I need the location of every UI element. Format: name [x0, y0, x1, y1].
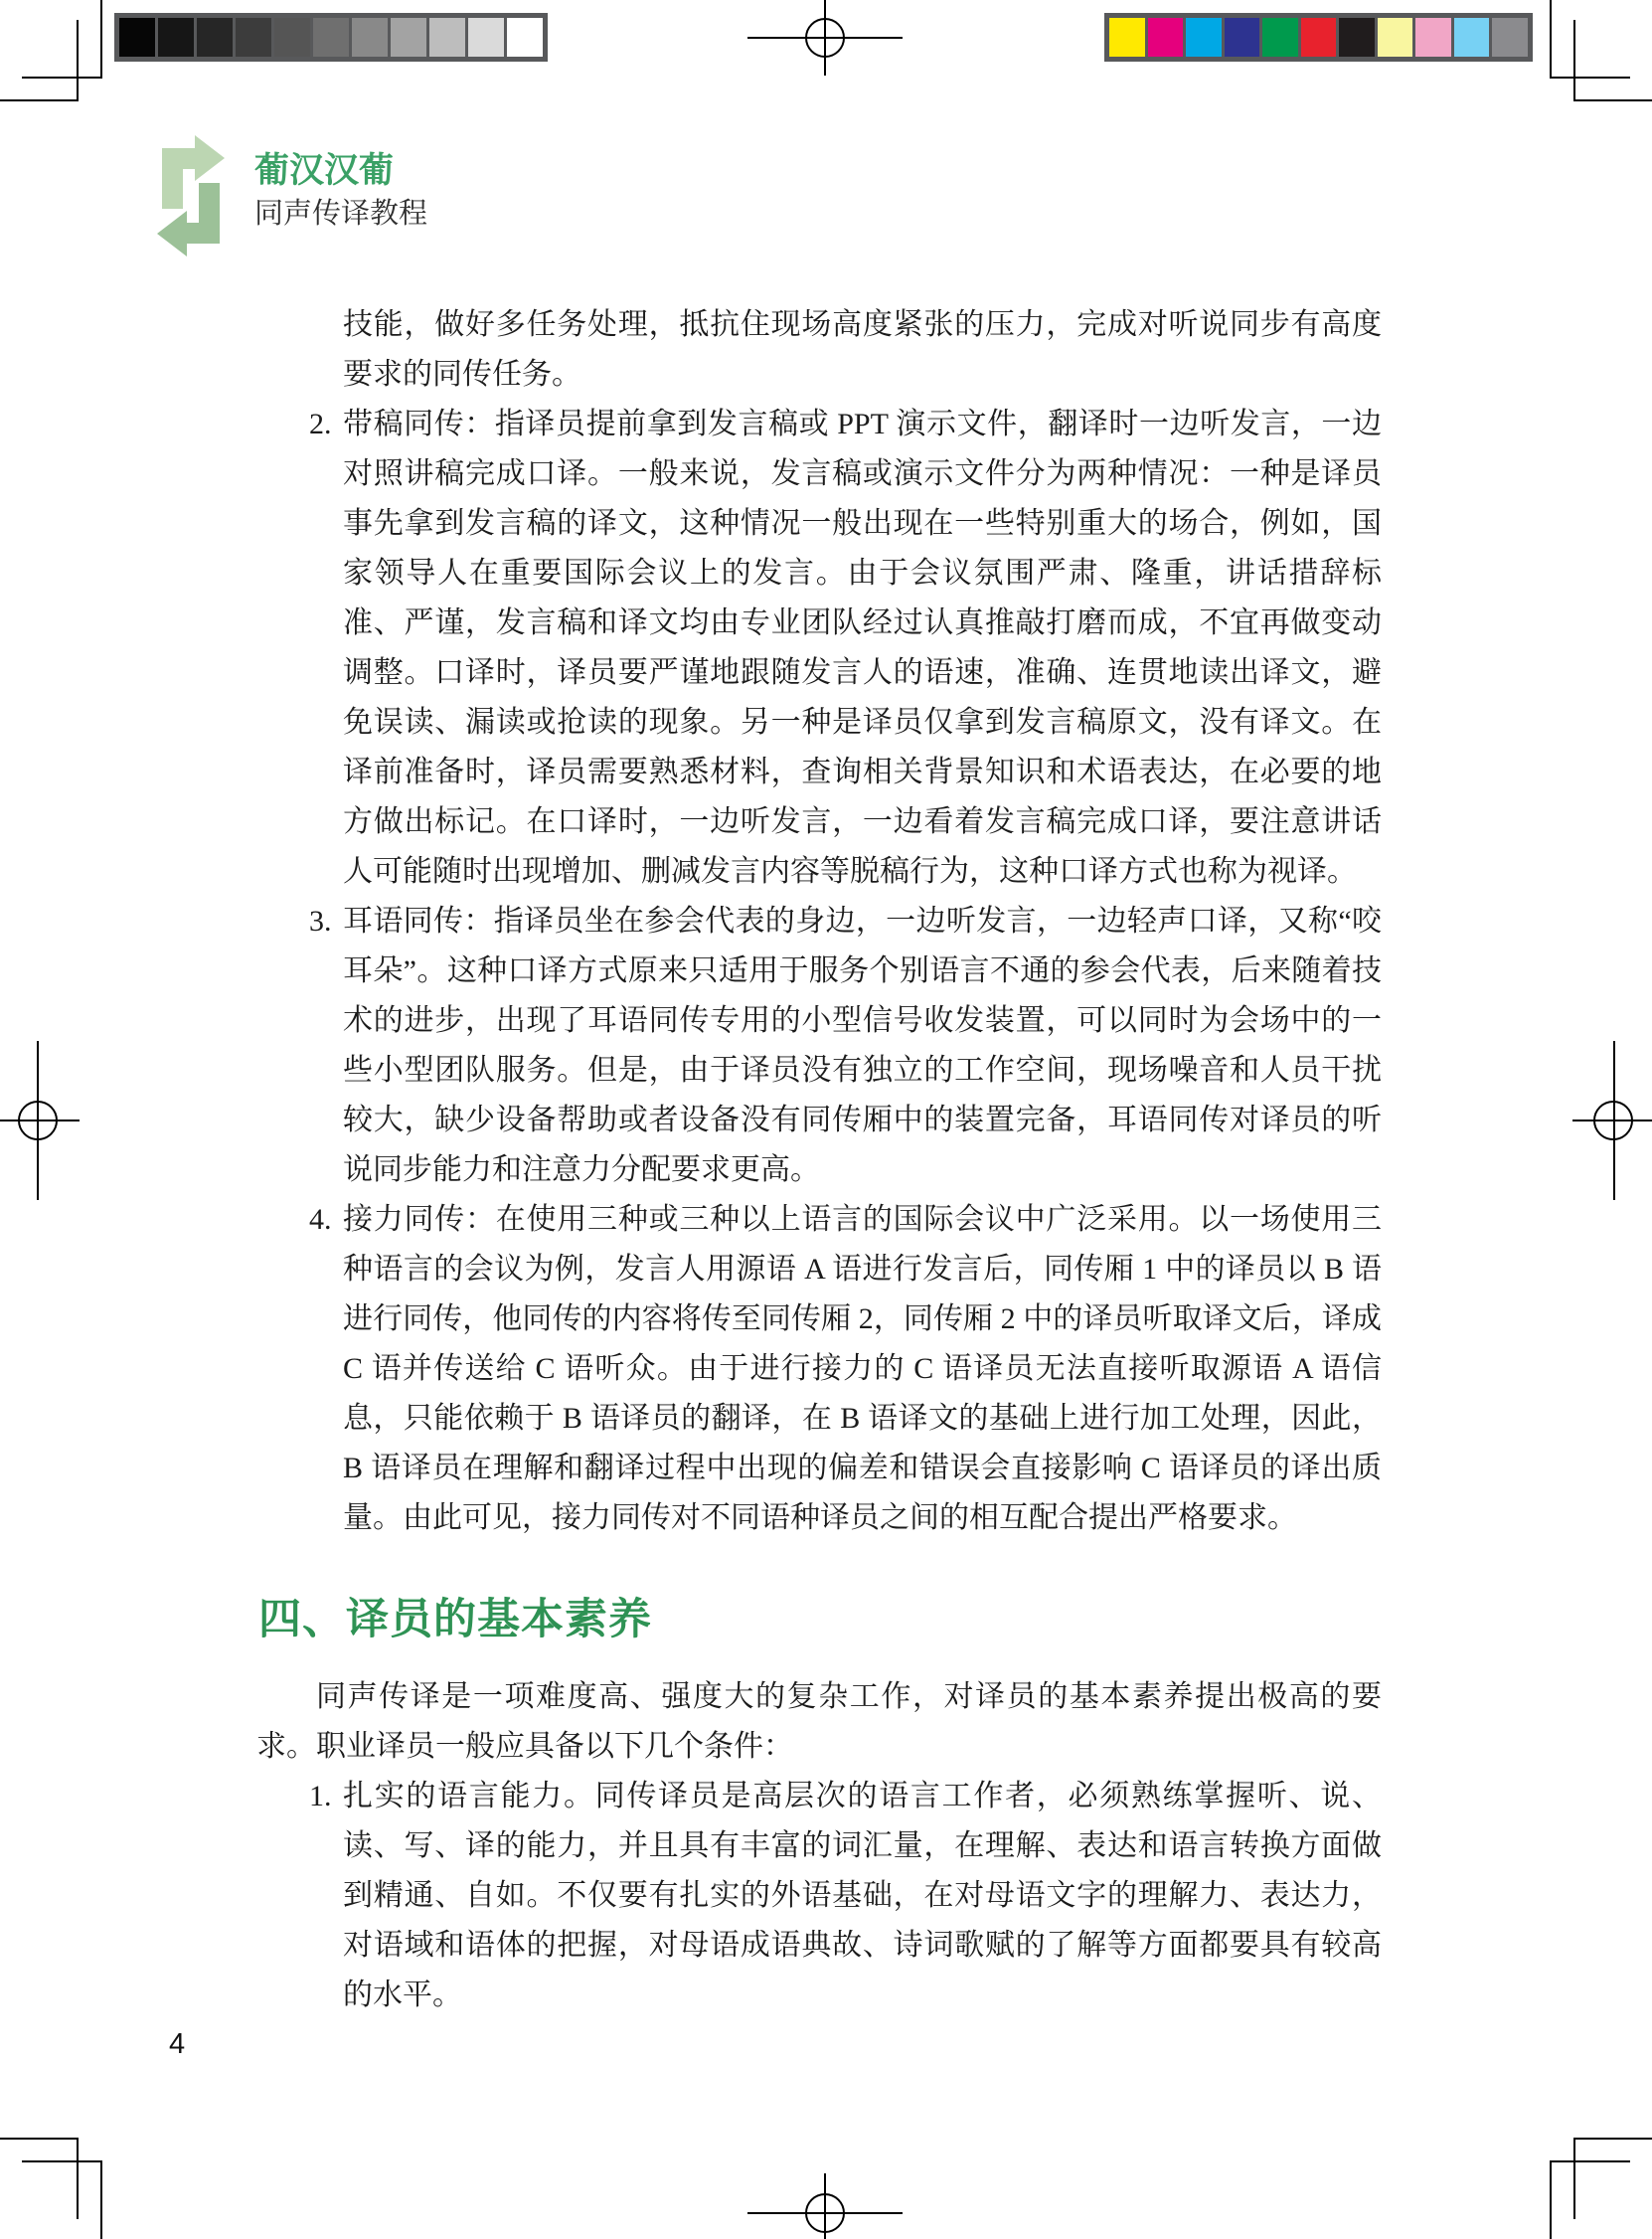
calibration-swatch	[1339, 18, 1375, 57]
list-item-text: 耳语同传：指译员坐在参会代表的身边，一边听发言，一边轻声口译，又称“咬耳朵”。这…	[343, 897, 1382, 1195]
page-number: 4	[169, 2028, 185, 2061]
list-item-3: 3. 耳语同传：指译员坐在参会代表的身边，一边听发言，一边轻声口译，又称“咬耳朵…	[256, 897, 1382, 1195]
calibration-swatch	[429, 18, 465, 57]
page-body: 技能，做好多任务处理，抵抗住现场高度紧张的压力，完成对听说同步有高度要求的同传任…	[256, 300, 1382, 2020]
calibration-swatch	[507, 18, 543, 57]
calibration-swatch	[1148, 18, 1184, 57]
list-item-text: 扎实的语言能力。同传译员是高层次的语言工作者，必须熟练掌握听、说、读、写、译的能…	[343, 1772, 1382, 2020]
calibration-swatch	[1492, 18, 1528, 57]
calibration-swatch	[1186, 18, 1222, 57]
calibration-swatch	[158, 18, 194, 57]
calibration-swatch	[1109, 18, 1145, 57]
swap-arrows-logo-icon	[145, 135, 237, 261]
list-item-number: 2.	[309, 400, 332, 449]
series-logo: 葡汉汉葡 同声传译教程	[145, 135, 427, 261]
list-item-number: 3.	[309, 897, 332, 947]
calibration-swatch	[468, 18, 504, 57]
calibration-swatch	[1301, 18, 1337, 57]
calibration-swatch	[197, 18, 233, 57]
logo-subtitle: 同声传译教程	[254, 198, 427, 231]
list-item-2: 2. 带稿同传：指译员提前拿到发言稿或 PPT 演示文件，翻译时一边听发言，一边…	[256, 400, 1382, 897]
logo-title: 葡汉汉葡	[254, 151, 427, 191]
calibration-swatch	[119, 18, 155, 57]
calibration-swatch	[391, 18, 426, 57]
list-item-4: 4. 接力同传：在使用三种或三种以上语言的国际会议中广泛采用。以一场使用三种语言…	[256, 1195, 1382, 1543]
list-item-number: 4.	[309, 1195, 332, 1245]
list-item-number: 1.	[309, 1772, 332, 1821]
calibration-swatch	[313, 18, 349, 57]
list-item-text: 带稿同传：指译员提前拿到发言稿或 PPT 演示文件，翻译时一边听发言，一边对照讲…	[343, 400, 1382, 897]
grayscale-calibration-bar	[114, 13, 548, 62]
list-item-text: 接力同传：在使用三种或三种以上语言的国际会议中广泛采用。以一场使用三种语言的会议…	[343, 1195, 1382, 1543]
calibration-swatch	[1454, 18, 1490, 57]
calibration-swatch	[1225, 18, 1260, 57]
calibration-swatch	[1415, 18, 1451, 57]
calibration-swatch	[236, 18, 271, 57]
calibration-swatch	[1378, 18, 1413, 57]
calibration-swatch	[1262, 18, 1298, 57]
section-intro-paragraph: 同声传译是一项难度高、强度大的复杂工作，对译员的基本素养提出极高的要求。职业译员…	[256, 1672, 1382, 1772]
book-page: 葡汉汉葡 同声传译教程 技能，做好多任务处理，抵抗住现场高度紧张的压力，完成对听…	[0, 0, 1652, 2239]
section-heading: 四、译员的基本素养	[258, 1595, 1382, 1646]
calibration-swatch	[274, 18, 310, 57]
color-calibration-bar	[1104, 13, 1533, 62]
calibration-swatch	[352, 18, 388, 57]
continuation-paragraph: 技能，做好多任务处理，抵抗住现场高度紧张的压力，完成对听说同步有高度要求的同传任…	[343, 300, 1382, 400]
list-item-1: 1. 扎实的语言能力。同传译员是高层次的语言工作者，必须熟练掌握听、说、读、写、…	[256, 1772, 1382, 2020]
